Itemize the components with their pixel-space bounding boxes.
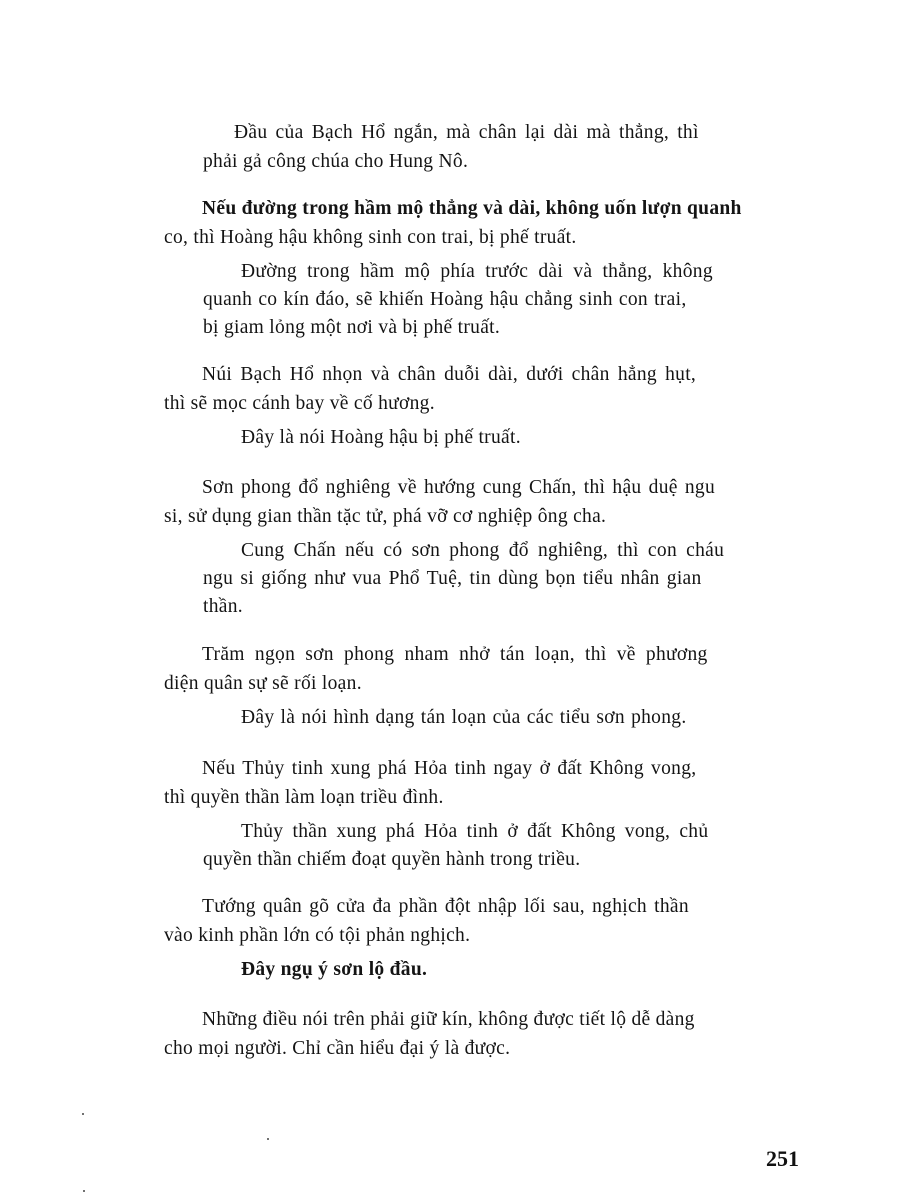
- text-line: co, thì Hoàng hậu không sinh con trai, b…: [164, 226, 577, 250]
- text-line: Đây là nói Hoàng hậu bị phế truất.: [241, 426, 521, 450]
- text-line: Nếu đường trong hầm mộ thẳng và dài, khô…: [202, 197, 742, 221]
- text-line: cho mọi người. Chỉ cần hiểu đại ý là đượ…: [164, 1037, 510, 1061]
- text-line: Nếu Thủy tinh xung phá Hỏa tinh ngay ở đ…: [202, 757, 696, 781]
- text-line: Những điều nói trên phải giữ kín, không …: [202, 1008, 695, 1032]
- text-line: Cung Chấn nếu có sơn phong đổ nghiêng, t…: [241, 539, 724, 563]
- text-line: thần.: [203, 595, 243, 619]
- scan-speck: [82, 1113, 84, 1115]
- text-line: Đây là nói hình dạng tán loạn của các ti…: [241, 706, 687, 730]
- text-line: Núi Bạch Hổ nhọn và chân duỗi dài, dưới …: [202, 363, 696, 387]
- text-line: diện quân sự sẽ rối loạn.: [164, 672, 362, 696]
- text-line: Thủy thần xung phá Hỏa tinh ở đất Không …: [241, 820, 708, 844]
- text-line: ngu si giống như vua Phổ Tuệ, tin dùng b…: [203, 567, 702, 591]
- page-number: 251: [766, 1146, 799, 1172]
- text-line: Đầu của Bạch Hổ ngắn, mà chân lại dài mà…: [234, 121, 699, 145]
- text-line: Sơn phong đổ nghiêng về hướng cung Chấn,…: [202, 476, 715, 500]
- text-line: Trăm ngọn sơn phong nham nhở tán loạn, t…: [202, 643, 708, 667]
- text-line: thì quyền thần làm loạn triều đình.: [164, 786, 444, 810]
- text-line: Đây ngụ ý sơn lộ đầu.: [241, 958, 427, 982]
- text-line: Đường trong hầm mộ phía trước dài và thẳ…: [241, 260, 713, 284]
- scan-speck: [267, 1138, 269, 1140]
- text-line: phải gả công chúa cho Hung Nô.: [203, 150, 468, 174]
- text-line: Tướng quân gõ cửa đa phần đột nhập lối s…: [202, 895, 689, 919]
- text-line: bị giam lỏng một nơi và bị phế truất.: [203, 316, 500, 340]
- book-page: Đầu của Bạch Hổ ngắn, mà chân lại dài mà…: [0, 0, 921, 1200]
- scan-speck: [83, 1190, 85, 1192]
- text-line: quyền thần chiếm đoạt quyền hành trong t…: [203, 848, 580, 872]
- text-line: si, sử dụng gian thần tặc tử, phá vỡ cơ …: [164, 505, 606, 529]
- text-line: thì sẽ mọc cánh bay về cố hương.: [164, 392, 435, 416]
- text-line: vào kinh phần lớn có tội phản nghịch.: [164, 924, 470, 948]
- text-line: quanh co kín đáo, sẽ khiến Hoàng hậu chẳ…: [203, 288, 687, 312]
